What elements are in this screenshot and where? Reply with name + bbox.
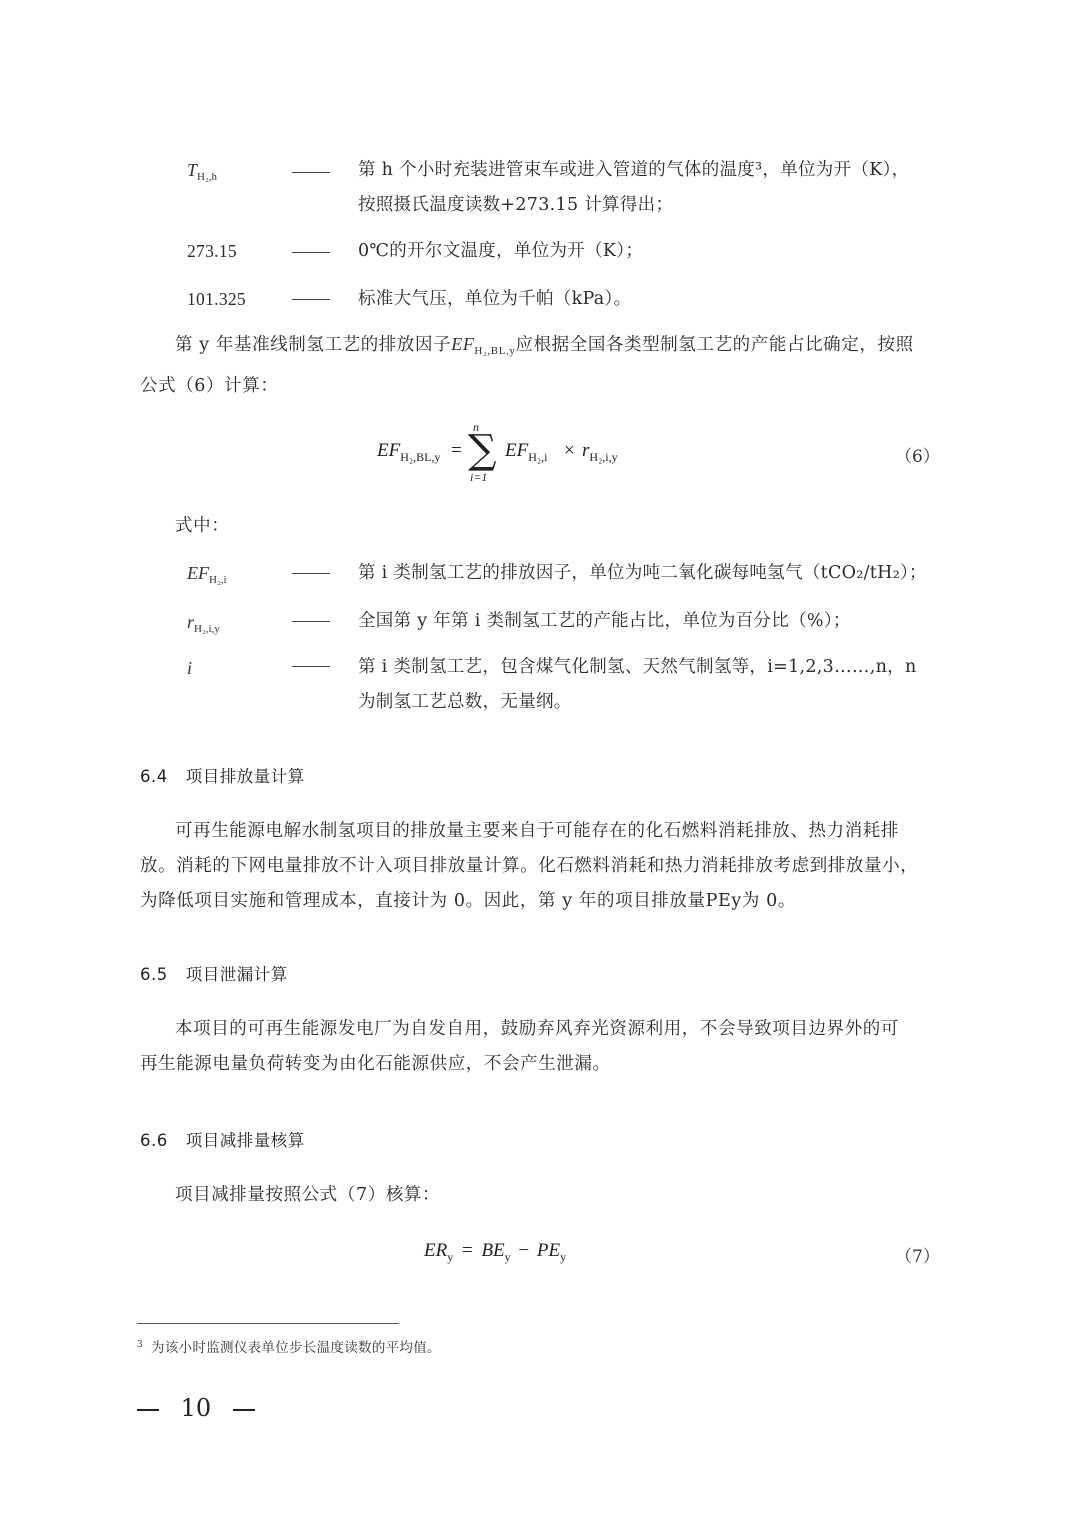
- page-dash-right: [233, 1409, 255, 1411]
- definition-text: 第 h 个小时充装进管束车或进入管道的气体的温度³，单位为开（K）， 按照摄氏温…: [358, 153, 948, 223]
- definition-dash: [292, 621, 330, 622]
- definition-dash: [292, 666, 330, 667]
- symbol-EF-H2-i: EFH₂,i: [187, 563, 227, 586]
- section-heading-6-4: 6.4项目排放量计算: [140, 763, 305, 787]
- definition-dash: [292, 252, 330, 253]
- page-dash-left: [137, 1409, 159, 1411]
- definition-text: 0℃的开尔文温度，单位为开（K）；: [358, 234, 643, 269]
- footnote-rule: [137, 1323, 399, 1324]
- symbol-101-325: 101.325: [187, 282, 246, 317]
- definition-text: 全国第 y 年第 i 类制氢工艺的产能占比，单位为百分比（%）；: [358, 604, 851, 639]
- symbol-i: i: [187, 658, 192, 679]
- equation-6: EFH₂,BL,y = n ∑ i=1 EFH₂,i × rH₂,i,y: [377, 420, 637, 490]
- section-6-6-intro: 项目减排量按照公式（7）核算：: [175, 1178, 440, 1213]
- where-label: 式中：: [175, 509, 229, 544]
- section-heading-6-5: 6.5项目泄漏计算: [140, 961, 288, 985]
- intro-paragraph: 第 y 年基准线制氢工艺的排放因子EFH₂,BL,y应根据全国各类型制氢工艺的产…: [140, 327, 950, 404]
- symbol-r-H2-i-y: rH₂,i,y: [187, 612, 220, 635]
- section-6-5-paragraph: 本项目的可再生能源发电厂为自发自用，鼓励弃风弃光资源利用，不会导致项目边界外的可…: [140, 1012, 960, 1082]
- definition-text: 标准大气压，单位为千帕（kPa）。: [358, 282, 631, 317]
- section-6-4-paragraph: 可再生能源电解水制氢项目的排放量主要来自于可能存在的化石燃料消耗排放、热力消耗排…: [140, 814, 960, 919]
- definition-text: 第 i 类制氢工艺的排放因子，单位为吨二氧化碳每吨氢气（tCO₂/tH₂）；: [358, 556, 927, 591]
- definition-dash: [292, 299, 330, 300]
- definition-text: 第 i 类制氢工艺，包含煤气化制氢、天然气制氢等，i=1,2,3……,n，n 为…: [358, 650, 948, 720]
- equation-6-number: （6）: [895, 442, 940, 467]
- symbol-273-15: 273.15: [187, 234, 237, 269]
- symbol-T-H2-h: TH₂,h: [187, 160, 217, 183]
- definition-dash: [292, 172, 330, 173]
- equation-7-number: （7）: [895, 1242, 940, 1267]
- section-heading-6-6: 6.6项目减排量核算: [140, 1127, 305, 1151]
- equation-7: ERy = BEy − PEy: [424, 1240, 566, 1265]
- page-number: 10: [137, 1394, 255, 1422]
- sigma-symbol: ∑: [468, 430, 497, 470]
- definition-dash: [292, 573, 330, 574]
- footnote: 3为该小时监测仪表单位步长温度读数的平均值。: [137, 1336, 441, 1356]
